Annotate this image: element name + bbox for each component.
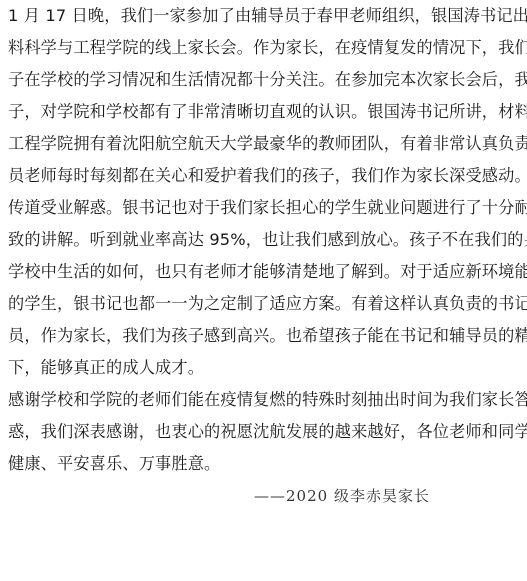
paragraph-1-line-3: 子在学校的学习情况和生活情况都十分关注。在参加完本次家长会后，我们对孩 [8,70,527,90]
paragraph-2-line-2: 惑，我们深表感谢，也衷心的祝愿沈航发展的越来越好，各位老师和同学们身体 [8,422,527,442]
paragraph-1-line-12: 下，能够真正的成人成才。 [8,358,204,378]
paragraph-1-line-6: 员老师每时每刻都在关心和爱护着我们的孩子，我们作为家长深受感动。师者， [8,166,527,186]
paragraph-1-line-7: 传道受业解惑。银书记也对于我们家长担心的学生就业问题进行了十分耐心且细 [8,198,527,218]
paragraph-2-line-3: 健康、平安喜乐、万事胜意。 [8,454,220,474]
paragraph-1-line-2: 料科学与工程学院的线上家长会。作为家长，在疫情复发的情况下，我们对于孩 [8,38,527,58]
paragraph-1-line-8: 致的讲解。听到就业率高达 95%，也让我们感到放心。孩子不在我们的身边，在 [8,230,527,250]
paragraph-1-line-10: 的学生，银书记也都一一为之定制了适应方案。有着这样认真负责的书记和辅导 [8,294,527,314]
paragraph-1-line-1: 1 月 17 日晚，我们一家参加了由辅导员于春甲老师组织，银国涛书记出席的材 [8,6,527,26]
paragraph-1-line-4: 子，对学院和学校都有了非常清晰切直观的认识。银国涛书记所讲，材料科学与 [8,102,527,122]
paragraph-1-line-5: 工程学院拥有着沈阳航空航天大学最豪华的教师团队，有着非常认真负责的辅导 [8,134,527,154]
paragraph-2-line-1: 感谢学校和学院的老师们能在疫情复燃的特殊时刻抽出时间为我们家长答疑解 [8,390,527,410]
paragraph-1-line-9: 学校中生活的如何，也只有老师才能够清楚地了解到。对于适应新环境能力不同 [8,262,527,282]
paragraph-1-line-11: 员，作为家长，我们为孩子感到高兴。也希望孩子能在书记和辅导员的精心呵护 [8,326,527,346]
signature: ——2020 级李赤昊家长 [254,486,430,506]
